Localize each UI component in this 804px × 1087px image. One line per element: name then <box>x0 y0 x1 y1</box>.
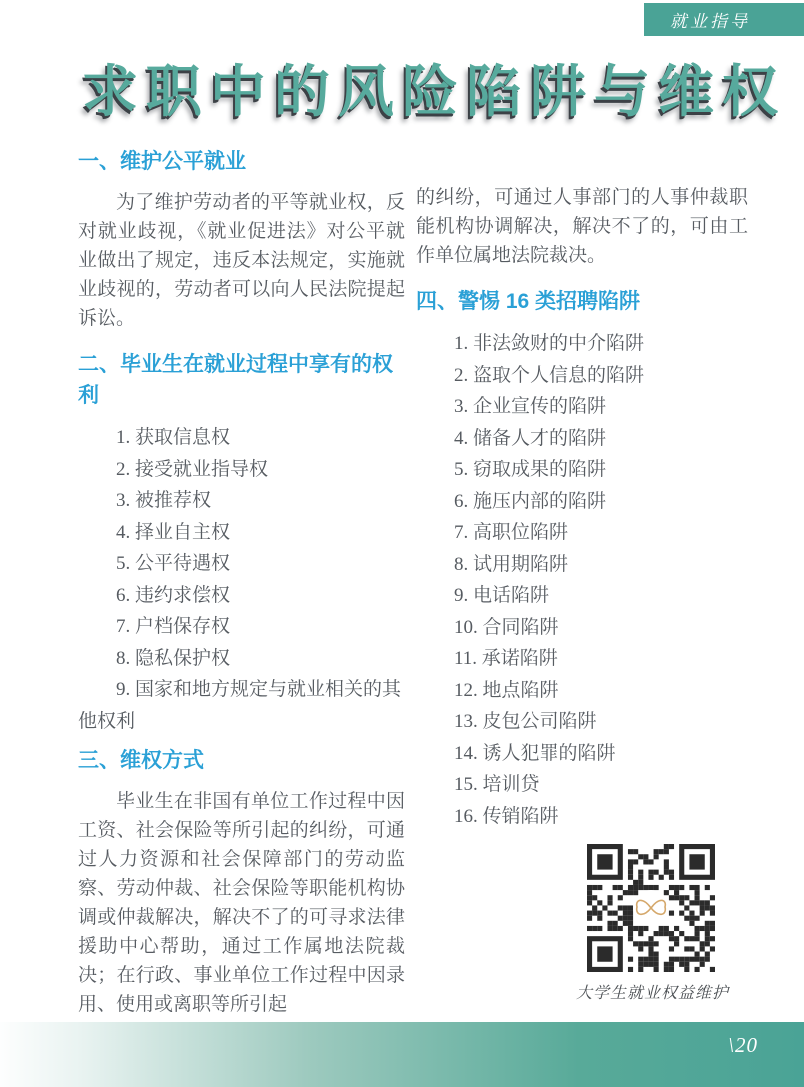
section-heading-4: 四、警惕 16 类招聘陷阱 <box>416 286 748 317</box>
traps-list-item: 2. 盗取个人信息的陷阱 <box>416 360 748 392</box>
page-number: \20 <box>728 1033 758 1058</box>
rights-list-item: 8. 隐私保护权 <box>78 643 405 675</box>
rights-list-item: 5. 公平待遇权 <box>78 548 405 580</box>
header-tag-band: 就业指导 <box>644 3 804 36</box>
page-title: 求职中的风险陷阱与维权 <box>82 56 762 128</box>
rights-list-item: 7. 户档保存权 <box>78 611 405 643</box>
traps-list-item: 7. 高职位陷阱 <box>416 517 748 549</box>
section-3-paragraph-continued: 的纠纷，可通过人事部门的人事仲裁职能机构协调解决，解决不了的，可由工作单位属地法… <box>416 183 748 270</box>
traps-list-item: 12. 地点陷阱 <box>416 675 748 707</box>
rights-list-item: 3. 被推荐权 <box>78 485 405 517</box>
traps-list-item: 4. 储备人才的陷阱 <box>416 423 748 455</box>
rights-list-item: 4. 择业自主权 <box>78 517 405 549</box>
qr-code <box>587 844 715 972</box>
section-heading-3: 三、维权方式 <box>78 745 405 776</box>
rights-list-item: 9. 国家和地方规定与就业相关的其他权利 <box>78 674 405 737</box>
footer-band: \20 <box>0 1022 804 1087</box>
traps-list-item: 13. 皮包公司陷阱 <box>416 706 748 738</box>
traps-list-item: 14. 诱人犯罪的陷阱 <box>416 738 748 770</box>
section-heading-2: 二、毕业生在就业过程中享有的权利 <box>78 349 405 411</box>
traps-list-item: 9. 电话陷阱 <box>416 580 748 612</box>
document-page: 就业指导 求职中的风险陷阱与维权 一、维护公平就业 为了维护劳动者的平等就业权，… <box>0 0 804 1087</box>
traps-list-item: 16. 传销陷阱 <box>416 801 748 833</box>
section-3-paragraph: 毕业生在非国有单位工作过程中因工资、社会保险等所引起的纠纷，可通过人力资源和社会… <box>78 787 405 1019</box>
traps-list-item: 3. 企业宣传的陷阱 <box>416 391 748 423</box>
rights-list-item: 6. 违约求偿权 <box>78 580 405 612</box>
traps-list-item: 11. 承诺陷阱 <box>416 643 748 675</box>
rights-list: 1. 获取信息权2. 接受就业指导权3. 被推荐权4. 择业自主权5. 公平待遇… <box>78 422 405 737</box>
qr-caption: 大学生就业权益维护 <box>576 980 726 1003</box>
traps-list-item: 8. 试用期陷阱 <box>416 549 748 581</box>
header-tag-label: 就业指导 <box>670 7 750 32</box>
right-column: 的纠纷，可通过人事部门的人事仲裁职能机构协调解决，解决不了的，可由工作单位属地法… <box>416 183 748 1003</box>
traps-list: 1. 非法敛财的中介陷阱2. 盗取个人信息的陷阱3. 企业宣传的陷阱4. 储备人… <box>416 328 748 832</box>
traps-list-item: 10. 合同陷阱 <box>416 612 748 644</box>
traps-list-item: 15. 培训贷 <box>416 769 748 801</box>
traps-list-item: 1. 非法敛财的中介陷阱 <box>416 328 748 360</box>
qr-block: 大学生就业权益维护 <box>576 844 726 1003</box>
section-heading-1: 一、维护公平就业 <box>78 146 405 177</box>
traps-list-item: 5. 窃取成果的陷阱 <box>416 454 748 486</box>
left-column: 一、维护公平就业 为了维护劳动者的平等就业权，反对就业歧视，《就业促进法》对公平… <box>78 146 405 1035</box>
rights-list-item: 1. 获取信息权 <box>78 422 405 454</box>
rights-list-item: 2. 接受就业指导权 <box>78 454 405 486</box>
section-1-paragraph: 为了维护劳动者的平等就业权，反对就业歧视，《就业促进法》对公平就业做出了规定，违… <box>78 188 405 333</box>
traps-list-item: 6. 施压内部的陷阱 <box>416 486 748 518</box>
